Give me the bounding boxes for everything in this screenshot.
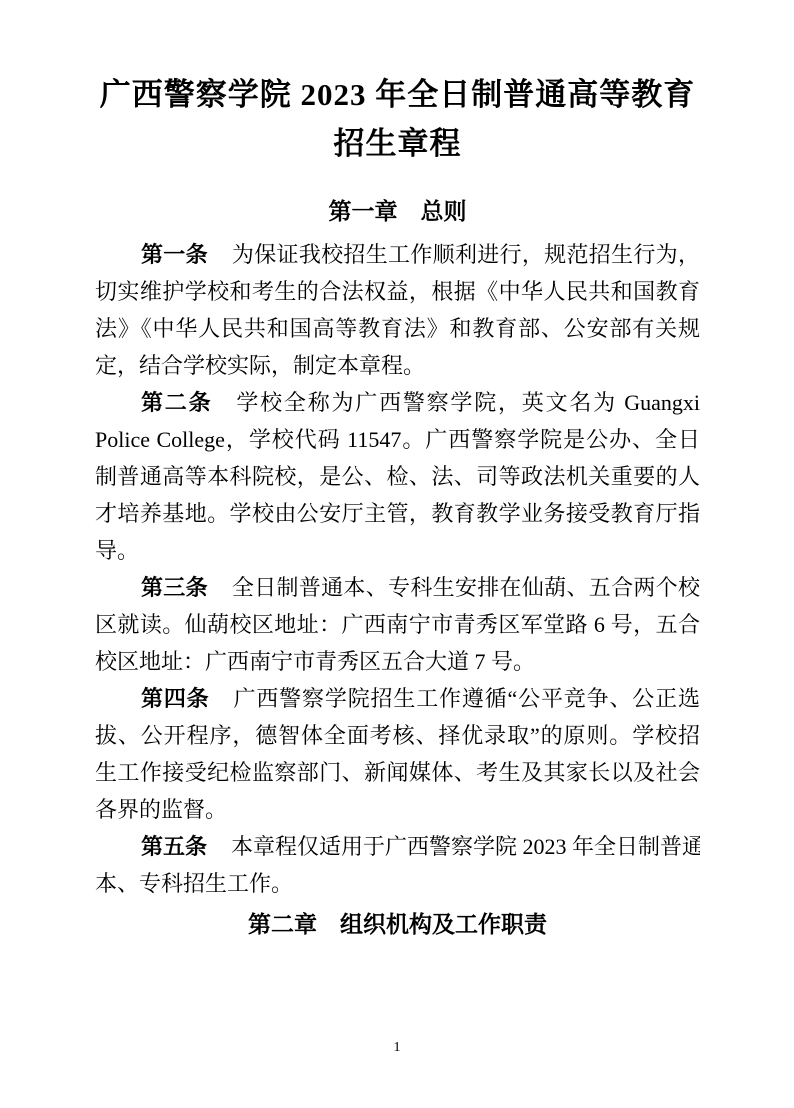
article-3-text: 全日制普通本、专科生安排在仙葫、五合两个校 <box>232 575 700 600</box>
text-line: 切实维护学校和考生的合法权益，根据《中华人民共和国教育 <box>95 273 700 310</box>
article-2-label: 第二条 <box>141 390 212 415</box>
document-content: 广西警察学院 2023 年全日制普通高等教育 招生章程 第一章 总则 第一条为保… <box>0 0 794 940</box>
article-4: 第四条广西警察学院招生工作遵循“公平竞争、公正选 拔、公开程序，德智体全面考核、… <box>95 680 700 828</box>
title-line-1: 广西警察学院 2023 年全日制普通高等教育 <box>95 70 700 119</box>
article-1-text: 为保证我校招生工作顺利进行，规范招生行为， <box>232 242 700 267</box>
document-page: 广西警察学院 2023 年全日制普通高等教育 招生章程 第一章 总则 第一条为保… <box>0 0 794 1108</box>
chapter-1-heading: 第一章 总则 <box>95 196 700 226</box>
article-3: 第三条全日制普通本、专科生安排在仙葫、五合两个校 区就读。仙葫校区地址：广西南宁… <box>95 569 700 680</box>
article-5: 第五条本章程仅适用于广西警察学院 2023 年全日制普通 本、专科招生工作。 <box>95 828 700 902</box>
text-line: 校区地址：广西南宁市青秀区五合大道 7 号。 <box>95 643 700 680</box>
text-line: 第四条广西警察学院招生工作遵循“公平竞争、公正选 <box>95 680 700 717</box>
text-line: 第五条本章程仅适用于广西警察学院 2023 年全日制普通 <box>95 828 700 865</box>
document-title: 广西警察学院 2023 年全日制普通高等教育 招生章程 <box>95 0 700 168</box>
article-1: 第一条为保证我校招生工作顺利进行，规范招生行为， 切实维护学校和考生的合法权益，… <box>95 236 700 384</box>
text-line: 第三条全日制普通本、专科生安排在仙葫、五合两个校 <box>95 569 700 606</box>
document-body: 第一条为保证我校招生工作顺利进行，规范招生行为， 切实维护学校和考生的合法权益，… <box>95 236 700 902</box>
text-line: Police College，学校代码 11547。广西警察学院是公办、全日 <box>95 421 700 458</box>
text-line: 生工作接受纪检监察部门、新闻媒体、考生及其家长以及社会 <box>95 754 700 791</box>
page-number: 1 <box>0 1040 794 1056</box>
article-4-label: 第四条 <box>141 686 210 711</box>
text-line: 法》《中华人民共和国高等教育法》和教育部、公安部有关规 <box>95 310 700 347</box>
article-2-text: 学校全称为广西警察学院，英文名为 Guangxi <box>236 390 700 415</box>
article-5-text: 本章程仅适用于广西警察学院 2023 年全日制普通 <box>231 834 700 859</box>
text-line: 各界的监督。 <box>95 791 700 828</box>
text-line: 区就读。仙葫校区地址：广西南宁市青秀区军堂路 6 号，五合 <box>95 606 700 643</box>
article-2: 第二条学校全称为广西警察学院，英文名为 Guangxi Police Colle… <box>95 384 700 569</box>
article-4-text: 广西警察学院招生工作遵循“公平竞争、公正选 <box>234 686 700 711</box>
text-line: 才培养基地。学校由公安厅主管，教育教学业务接受教育厅指 <box>95 495 700 532</box>
text-line: 导。 <box>95 532 700 569</box>
text-line: 第二条学校全称为广西警察学院，英文名为 Guangxi <box>95 384 700 421</box>
article-5-label: 第五条 <box>141 834 207 859</box>
title-line-2: 招生章程 <box>95 119 700 168</box>
text-line: 拔、公开程序，德智体全面考核、择优录取”的原则。学校招 <box>95 717 700 754</box>
text-line: 制普通高等本科院校，是公、检、法、司等政法机关重要的人 <box>95 458 700 495</box>
text-line: 第一条为保证我校招生工作顺利进行，规范招生行为， <box>95 236 700 273</box>
text-line: 本、专科招生工作。 <box>95 865 700 902</box>
article-1-label: 第一条 <box>141 242 208 267</box>
article-3-label: 第三条 <box>141 575 208 600</box>
chapter-2-heading: 第二章 组织机构及工作职责 <box>95 908 700 940</box>
text-line: 定，结合学校实际，制定本章程。 <box>95 347 700 384</box>
